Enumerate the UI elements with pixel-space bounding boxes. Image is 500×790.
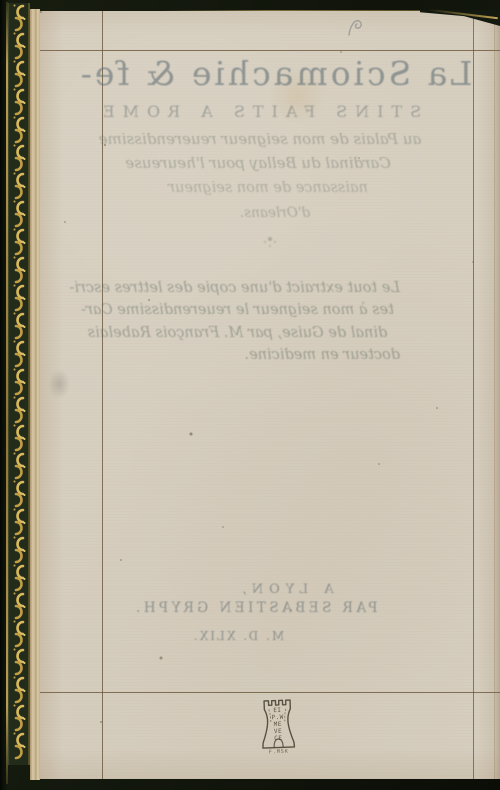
page-fore-edges — [30, 9, 40, 780]
frame-rule-top — [40, 50, 500, 51]
paper-texture — [40, 11, 500, 779]
page-edge-shade — [495, 11, 500, 779]
frame-rule-left — [102, 11, 103, 779]
tower-stamp: EI P.W ME VE CE F.MSK — [257, 695, 299, 760]
book-photograph: { "bleed_text": { "title_line_1": "La Sc… — [0, 0, 500, 790]
gilt-tooling-strip — [8, 3, 30, 765]
paper-specks — [40, 11, 42, 13]
frame-rule-bottom — [40, 692, 500, 693]
frame-rule-right — [473, 11, 474, 779]
gilt-page-edge-top — [160, 10, 430, 11]
ink-mark — [345, 15, 369, 41]
paper-stain — [48, 369, 70, 399]
book-page: La Sciomachie & fe- STINS FAITS A ROME a… — [40, 11, 500, 779]
